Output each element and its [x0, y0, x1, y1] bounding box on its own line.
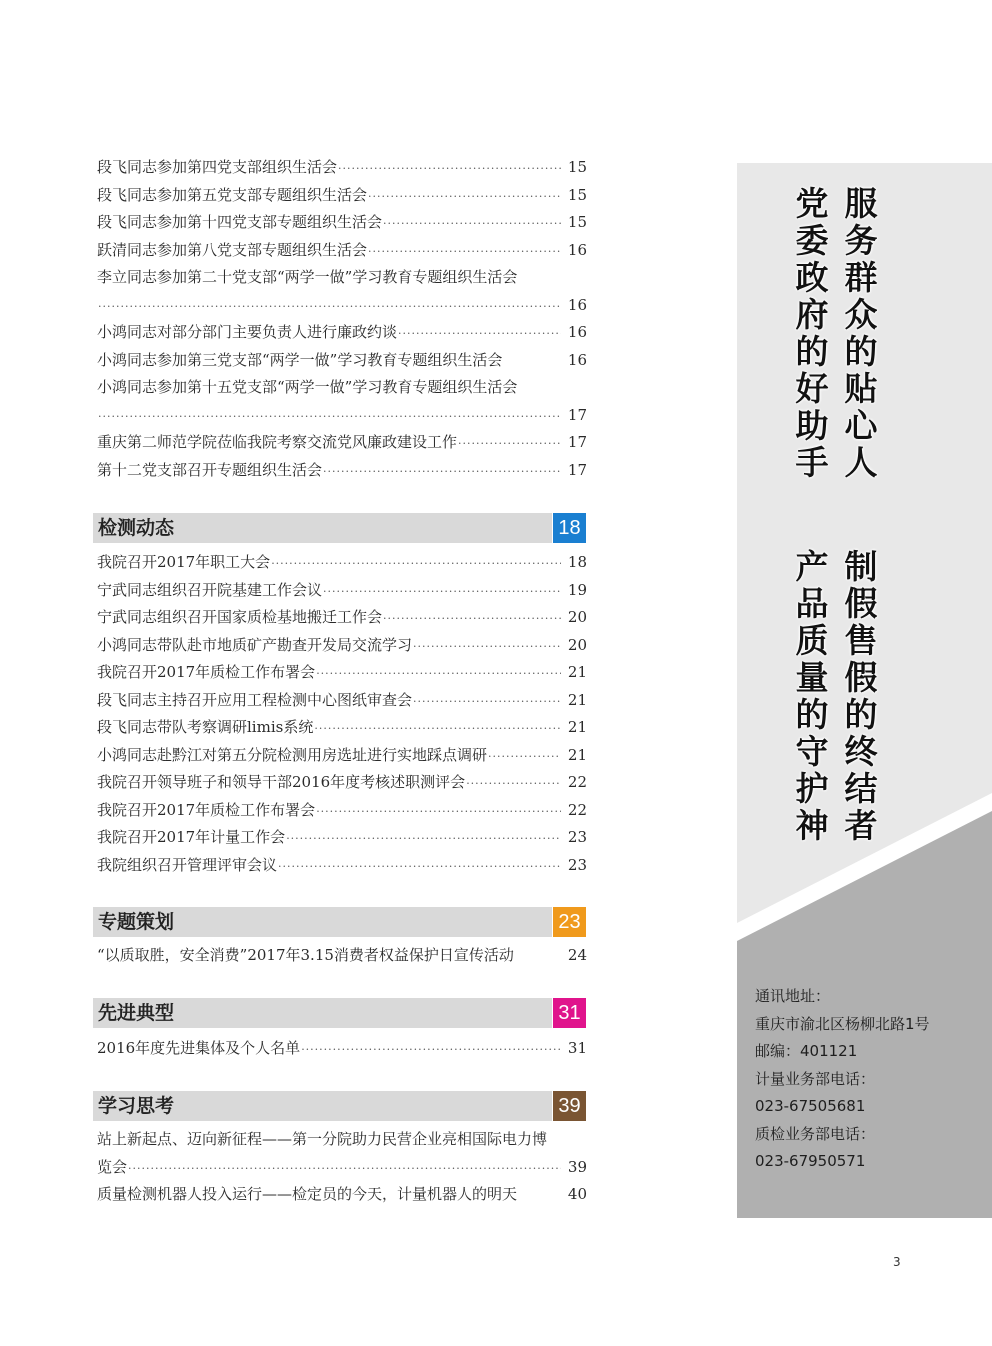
section-header-role-models[interactable]: 先进典型 [93, 998, 552, 1028]
entry-title: 段飞同志参加第五党支部专题组织生活会 [97, 182, 367, 210]
section-header-inspection-news[interactable]: 检测动态 [93, 513, 552, 543]
entry-title: 李立同志参加第二十党支部“两学一做”学习教育专题组织生活会 [97, 264, 517, 292]
dot-leader [323, 578, 561, 606]
entry-title: 小鸿同志参加第十五党支部“两学一做”学习教育专题组织生活会 [97, 374, 517, 402]
toc-entry[interactable]: 站上新起点、迈向新征程——第一分院助力民营企业亮相国际电力博 [97, 1126, 587, 1154]
toc-entry[interactable]: 小鸿同志赴黔江对第五分院检测用房选址进行实地踩点调研21 [97, 742, 587, 770]
dot-leader [398, 320, 561, 348]
toc-entry[interactable]: 段飞同志参加第四党支部组织生活会15 [97, 154, 587, 182]
entry-title: 我院召开领导班子和领导干部2016年度考核述职测评会 [97, 769, 465, 797]
address-text: 重庆市渝北区杨柳北路1号 [755, 1011, 930, 1039]
section-title: 先进典型 [98, 998, 174, 1028]
entry-title: 段飞同志参加第四党支部组织生活会 [97, 154, 337, 182]
dot-leader [278, 853, 561, 881]
dot-leader [338, 155, 561, 183]
toc-entry[interactable]: 小鸿同志带队赴市地质矿产勘查开发局交流学习20 [97, 632, 587, 660]
metrology-phone: 023-67505681 [755, 1093, 930, 1121]
toc-entry[interactable]: 段飞同志参加第十四党支部专题组织生活会15 [97, 209, 587, 237]
entry-page: 16 [565, 292, 587, 320]
dot-leader [286, 825, 561, 853]
toc-section-list: 站上新起点、迈向新征程——第一分院助力民营企业亮相国际电力博 览会39 质量检测… [97, 1126, 587, 1209]
entry-page: 17 [565, 402, 587, 430]
entry-title: 段飞同志带队考察调研limis系统 [97, 714, 313, 742]
toc-entry[interactable]: 我院召开2017年计量工作会23 [97, 824, 587, 852]
entry-title: 我院召开2017年职工大会 [97, 549, 270, 577]
section-title: 学习思考 [98, 1091, 174, 1121]
toc-section-list: “以质取胜，安全消费”2017年3.15消费者权益保护日宣传活动24 [97, 942, 587, 970]
entry-page: 20 [565, 604, 587, 632]
dot-leader [413, 688, 561, 716]
entry-page: 16 [565, 347, 587, 375]
entry-page: 17 [565, 457, 587, 485]
entry-page: 21 [565, 659, 587, 687]
slogan-2-left-column: 产品质量的守护神 [792, 548, 832, 844]
dot-leader [413, 633, 561, 661]
slogan-1-right-column: 服务群众的贴心人 [841, 185, 881, 481]
entry-title: 段飞同志参加第十四党支部专题组织生活会 [97, 209, 382, 237]
inspection-phone: 023-67950571 [755, 1148, 930, 1176]
toc-entry-continuation[interactable]: 16 [97, 292, 587, 320]
entry-page: 15 [565, 209, 587, 237]
page-number: 3 [893, 1255, 901, 1269]
entry-title: 站上新起点、迈向新征程——第一分院助力民营企业亮相国际电力博 [97, 1126, 547, 1154]
postcode-text: 邮编：401121 [755, 1038, 930, 1066]
toc-entry[interactable]: 小鸿同志参加第三党支部“两学一做”学习教育专题组织生活会16 [97, 347, 587, 375]
entry-page: 23 [565, 852, 587, 880]
toc-entry-continuation[interactable]: 17 [97, 402, 587, 430]
entry-page: 21 [565, 714, 587, 742]
slogan-1-left-column: 党委政府的好助手 [792, 185, 832, 481]
dot-leader [488, 743, 561, 771]
dot-leader [301, 1036, 561, 1064]
entry-page: 19 [565, 577, 587, 605]
entry-page: 21 [565, 687, 587, 715]
address-label: 通讯地址： [755, 983, 930, 1011]
entry-page: 16 [565, 237, 587, 265]
dot-leader [368, 238, 561, 266]
entry-page: 15 [565, 154, 587, 182]
dot-leader [98, 293, 561, 321]
entry-page: 18 [565, 549, 587, 577]
toc-entry[interactable]: 第十二党支部召开专题组织生活会17 [97, 457, 587, 485]
entry-page: 17 [565, 429, 587, 457]
entry-page: 22 [565, 797, 587, 825]
section-page-badge: 39 [553, 1091, 586, 1121]
metrology-phone-label: 计量业务部电话： [755, 1066, 930, 1094]
section-header-special-topics[interactable]: 专题策划 [93, 907, 552, 937]
entry-page: 22 [565, 769, 587, 797]
toc-entry[interactable]: 重庆第二师范学院莅临我院考察交流党风廉政建设工作17 [97, 429, 587, 457]
dot-leader [314, 715, 561, 743]
toc-entry[interactable]: 段飞同志参加第五党支部专题组织生活会15 [97, 182, 587, 210]
entry-title: 质量检测机器人投入运行——检定员的今天，计量机器人的明天 [97, 1181, 517, 1209]
toc-entry[interactable]: 2016年度先进集体及个人名单31 [97, 1035, 587, 1063]
dot-leader [383, 605, 561, 633]
toc-entry[interactable]: 小鸿同志参加第十五党支部“两学一做”学习教育专题组织生活会 [97, 374, 587, 402]
toc-entry[interactable]: 段飞同志带队考察调研limis系统21 [97, 714, 587, 742]
entry-page: 20 [565, 632, 587, 660]
toc-entry[interactable]: 跃清同志参加第八党支部专题组织生活会16 [97, 237, 587, 265]
entry-page: 24 [565, 942, 587, 970]
section-title: 检测动态 [98, 513, 174, 543]
entry-title: 跃清同志参加第八党支部专题组织生活会 [97, 237, 367, 265]
entry-title: 我院召开2017年质检工作布署会 [97, 797, 315, 825]
entry-page: 21 [565, 742, 587, 770]
entry-title: 我院召开2017年计量工作会 [97, 824, 285, 852]
dot-leader [316, 798, 561, 826]
dot-leader [466, 770, 561, 798]
toc-entry[interactable]: 小鸿同志对部分部门主要负责人进行廉政约谈16 [97, 319, 587, 347]
toc-entry[interactable]: 我院召开2017年质检工作布署会22 [97, 797, 587, 825]
sidebar-panel: 服务群众的贴心人 党委政府的好助手 制假售假的终结者 产品质量的守护神 通讯地址… [737, 163, 992, 1218]
section-page-badge: 31 [553, 998, 586, 1028]
entry-page: 15 [565, 182, 587, 210]
entry-page: 23 [565, 824, 587, 852]
toc-section-list: 2016年度先进集体及个人名单31 [97, 1035, 587, 1063]
toc-entry[interactable]: 我院召开2017年职工大会18 [97, 549, 587, 577]
entry-title: 小鸿同志带队赴市地质矿产勘查开发局交流学习 [97, 632, 412, 660]
dot-leader [368, 183, 561, 211]
contact-info: 通讯地址： 重庆市渝北区杨柳北路1号 邮编：401121 计量业务部电话： 02… [755, 983, 930, 1176]
section-page-badge: 23 [553, 907, 586, 937]
dot-leader [458, 430, 561, 458]
dot-leader [128, 1155, 561, 1183]
toc-entry[interactable]: 宁武同志组织召开国家质检基地搬迁工作会20 [97, 604, 587, 632]
entry-title: 览会 [97, 1154, 127, 1182]
toc-entry[interactable]: 宁武同志组织召开院基建工作会议19 [97, 577, 587, 605]
entry-page: 40 [565, 1181, 587, 1209]
toc-intro-list: 段飞同志参加第四党支部组织生活会15 段飞同志参加第五党支部专题组织生活会15 … [97, 154, 587, 484]
entry-title: 重庆第二师范学院莅临我院考察交流党风廉政建设工作 [97, 429, 457, 457]
toc-entry[interactable]: 段飞同志主持召开应用工程检测中心图纸审查会21 [97, 687, 587, 715]
entry-title: 小鸿同志参加第三党支部“两学一做”学习教育专题组织生活会 [97, 347, 502, 375]
entry-title: 宁武同志组织召开国家质检基地搬迁工作会 [97, 604, 382, 632]
dot-leader [271, 550, 561, 578]
toc-entry-continuation[interactable]: 览会39 [97, 1154, 587, 1182]
entry-title: 我院组织召开管理评审会议 [97, 852, 277, 880]
entry-title: 段飞同志主持召开应用工程检测中心图纸审查会 [97, 687, 412, 715]
dot-leader [383, 210, 561, 238]
toc-entry[interactable]: 我院召开领导班子和领导干部2016年度考核述职测评会22 [97, 769, 587, 797]
entry-title: 宁武同志组织召开院基建工作会议 [97, 577, 322, 605]
entry-page: 16 [565, 319, 587, 347]
toc-section-list: 我院召开2017年职工大会18 宁武同志组织召开院基建工作会议19 宁武同志组织… [97, 549, 587, 879]
section-page-badge: 18 [553, 513, 586, 543]
entry-page: 31 [565, 1035, 587, 1063]
entry-title: “以质取胜，安全消费”2017年3.15消费者权益保护日宣传活动 [97, 942, 514, 970]
entry-title: 小鸿同志对部分部门主要负责人进行廉政约谈 [97, 319, 397, 347]
dot-leader [98, 403, 561, 431]
toc-entry[interactable]: 李立同志参加第二十党支部“两学一做”学习教育专题组织生活会 [97, 264, 587, 292]
slogan-2-right-column: 制假售假的终结者 [841, 548, 881, 844]
entry-title: 第十二党支部召开专题组织生活会 [97, 457, 322, 485]
toc-entry[interactable]: 质量检测机器人投入运行——检定员的今天，计量机器人的明天40 [97, 1181, 587, 1209]
entry-title: 我院召开2017年质检工作布署会 [97, 659, 315, 687]
toc-entry[interactable]: “以质取胜，安全消费”2017年3.15消费者权益保护日宣传活动24 [97, 942, 587, 970]
entry-title: 2016年度先进集体及个人名单 [97, 1035, 300, 1063]
dot-leader [323, 458, 561, 486]
entry-title: 小鸿同志赴黔江对第五分院检测用房选址进行实地踩点调研 [97, 742, 487, 770]
entry-page: 39 [565, 1154, 587, 1182]
toc-entry[interactable]: 我院召开2017年质检工作布署会21 [97, 659, 587, 687]
inspection-phone-label: 质检业务部电话： [755, 1121, 930, 1149]
toc-entry[interactable]: 我院组织召开管理评审会议23 [97, 852, 587, 880]
section-header-study-reflection[interactable]: 学习思考 [93, 1091, 552, 1121]
section-title: 专题策划 [98, 907, 174, 937]
dot-leader [316, 660, 561, 688]
